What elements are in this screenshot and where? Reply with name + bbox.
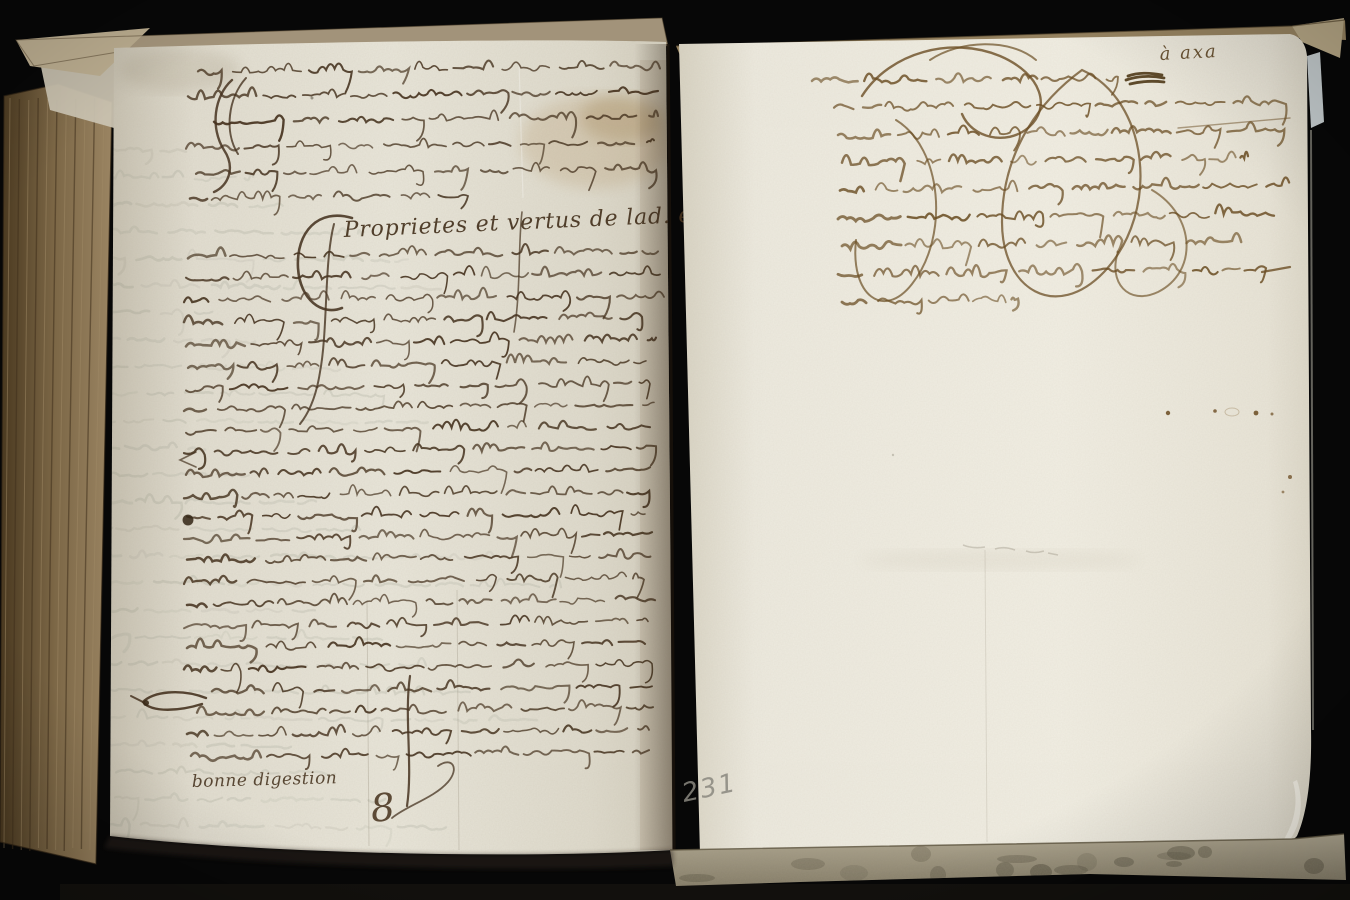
manuscript-photo-canvas: Proprietes et vertus de lad. eau. bonne … <box>0 0 1350 900</box>
manuscript-photo: Proprietes et vertus de lad. eau. bonne … <box>0 0 1350 900</box>
photo-vignette <box>0 0 1350 900</box>
